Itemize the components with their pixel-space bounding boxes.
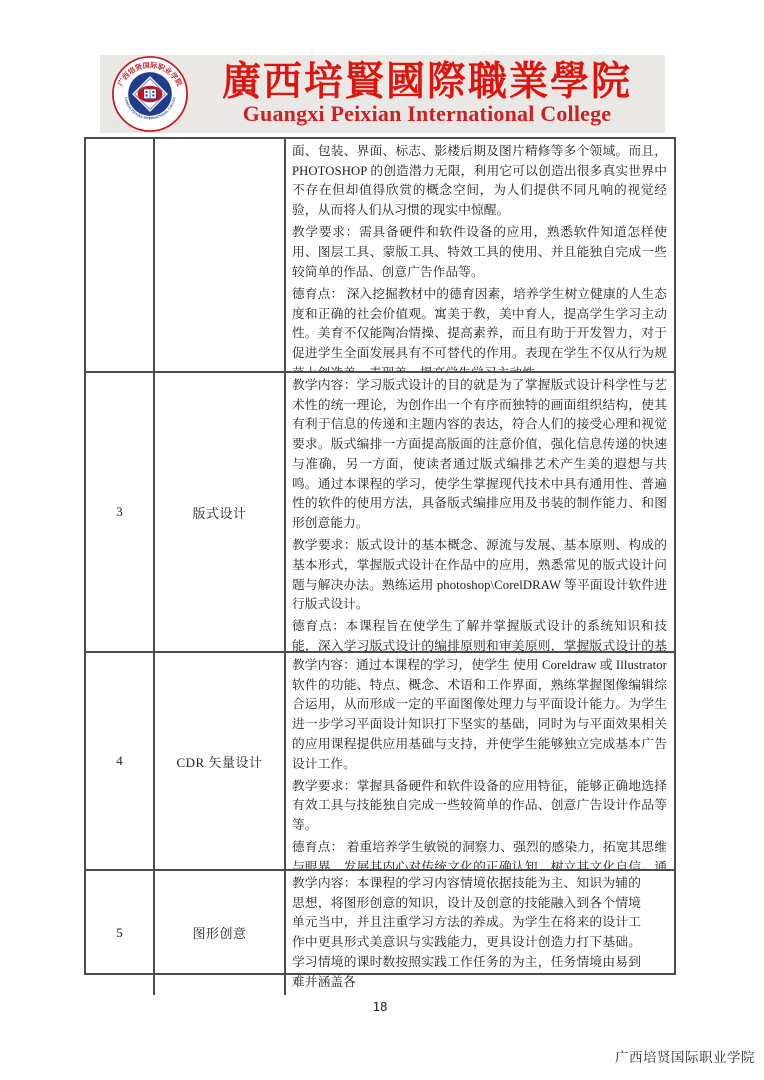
course-name-cell	[155, 139, 286, 371]
college-header: 广西培贤国际职业学院 GUANGXI PEIXIAN INTERNATIONAL…	[100, 55, 665, 133]
row-number-cell: 3	[86, 373, 155, 651]
desc-paragraph: 教学内容：学习版式设计的目的就是为了掌握版式设计科学性与艺术性的统一理论，为创作…	[292, 376, 667, 534]
college-logo-icon: 广西培贤国际职业学院 GUANGXI PEIXIAN INTERNATIONAL…	[111, 55, 189, 133]
desc-paragraph: 教学要求：版式设计的基本概念、源流与发展、基本原则、构成的基本形式，掌握版式设计…	[292, 536, 667, 615]
table-row-3: 3 版式设计 教学内容：学习版式设计的目的就是为了掌握版式设计科学性与艺术性的统…	[86, 373, 674, 653]
table-row-5: 5 图形创意 教学内容：本课程的学习内容情境依据技能为主、知识为辅的思想，将图形…	[86, 871, 674, 995]
desc-paragraph: 教学要求：掌握具备硬件和软件设备的应用特征，能够正确地选择有效工具与技能独自完成…	[292, 777, 667, 836]
footer-text: 广西培贤国际职业学院	[615, 1046, 755, 1066]
desc-paragraph: 教学内容：通过本课程的学习，使学生 使用 Coreldraw 或 Illustr…	[292, 656, 667, 774]
course-name-cell: CDR 矢量设计	[155, 653, 286, 869]
college-name-en: Guangxi Peixian International College	[189, 103, 665, 125]
desc-paragraph: 教学要求：需具备硬件和软件设备的应用，熟悉软件知道怎样使用、图层工具、蒙版工具、…	[292, 223, 667, 282]
row-number-cell: 5	[86, 871, 155, 995]
desc-paragraph: 德育点： 着重培养学生敏锐的洞察力、强烈的感染力，拓宽其思维与眼界，发展其内心对…	[292, 838, 667, 869]
course-name-cell: 图形创意	[155, 871, 286, 995]
desc-paragraph: 面、包装、界面、标志、影楼后期及图片精修等多个领域。而且，PHOTOSHOP 的…	[292, 142, 667, 221]
page-number: 18	[84, 999, 676, 1014]
table-row-4: 4 CDR 矢量设计 教学内容：通过本课程的学习，使学生 使用 Coreldra…	[86, 653, 674, 871]
desc-paragraph: 教学内容：本课程的学习内容情境依据技能为主、知识为辅的思想，将图形创意的知识，设…	[292, 874, 667, 992]
course-desc-cell: 教学内容：本课程的学习内容情境依据技能为主、知识为辅的思想，将图形创意的知识，设…	[286, 871, 674, 995]
college-name-zh: 廣西培賢國際職業學院	[189, 61, 665, 101]
document-page: 广西培贤国际职业学院 GUANGXI PEIXIAN INTERNATIONAL…	[0, 0, 764, 1080]
course-desc-cell: 教学内容：学习版式设计的目的就是为了掌握版式设计科学性与艺术性的统一理论，为创作…	[286, 373, 674, 651]
row-number-cell	[86, 139, 155, 371]
course-name-cell: 版式设计	[155, 373, 286, 651]
desc-paragraph: 德育点： 深入挖掘教材中的德育因素，培养学生树立健康的人生态度和正确的社会价值观…	[292, 285, 667, 371]
course-desc-cell: 面、包装、界面、标志、影楼后期及图片精修等多个领域。而且，PHOTOSHOP 的…	[286, 139, 674, 371]
row-number-cell: 4	[86, 653, 155, 869]
table-row-continuation: 面、包装、界面、标志、影楼后期及图片精修等多个领域。而且，PHOTOSHOP 的…	[86, 139, 674, 373]
college-titles: 廣西培賢國際職業學院 Guangxi Peixian International…	[189, 62, 665, 125]
desc-paragraph: 德育点：本课程旨在使学生了解并掌握版式设计的系统知识和技能，深入学习版式设计的编…	[292, 617, 667, 651]
course-table: 面、包装、界面、标志、影楼后期及图片精修等多个领域。而且，PHOTOSHOP 的…	[84, 137, 676, 975]
course-desc-cell: 教学内容：通过本课程的学习，使学生 使用 Coreldraw 或 Illustr…	[286, 653, 674, 869]
